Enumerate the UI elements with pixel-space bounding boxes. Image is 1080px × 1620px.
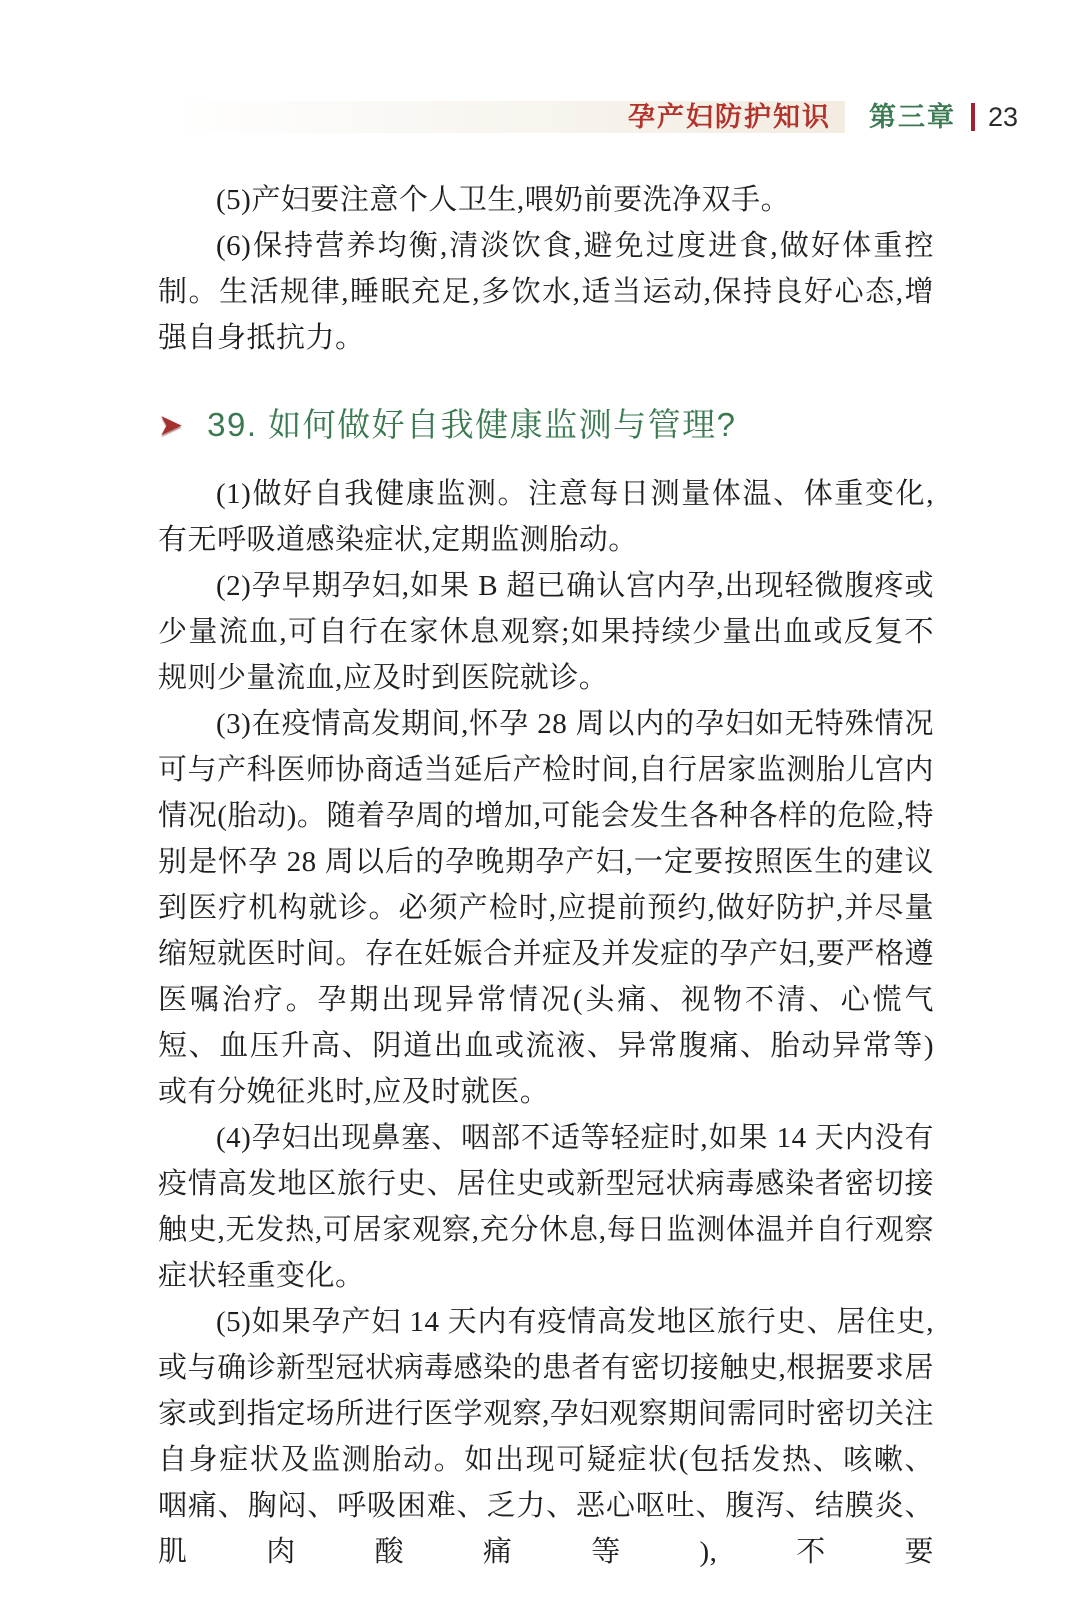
section-paragraph-1: (1)做好自我健康监测。注意每日测量体温、体重变化,有无呼吸道感染症状,定期监测…	[158, 471, 934, 563]
book-page: 孕产妇防护知识 第三章 23 (5)产妇要注意个人卫生,喂奶前要洗净双手。 (6…	[0, 0, 1080, 1620]
page-number: 23	[988, 104, 1018, 131]
section-paragraph-4: (4)孕妇出现鼻塞、咽部不适等轻症时,如果 14 天内没有疫情高发地区旅行史、居…	[158, 1115, 934, 1299]
header-running-title: 孕产妇防护知识	[628, 104, 831, 131]
intro-paragraph-5: (5)产妇要注意个人卫生,喂奶前要洗净双手。	[158, 177, 934, 223]
header-chapter-label: 第三章	[869, 104, 956, 131]
page-header: 孕产妇防护知识 第三章 23	[0, 100, 1080, 134]
header-band: 孕产妇防护知识	[185, 101, 845, 133]
page-content: (5)产妇要注意个人卫生,喂奶前要洗净双手。 (6)保持营养均衡,清淡饮食,避免…	[158, 177, 934, 1575]
section-heading: ➤ 39. 如何做好自我健康监测与管理?	[158, 401, 934, 449]
arrow-bullet-icon: ➤	[158, 411, 183, 441]
header-divider-bar	[971, 103, 975, 131]
section-paragraph-5: (5)如果孕产妇 14 天内有疫情高发地区旅行史、居住史,或与确诊新型冠状病毒感…	[158, 1299, 934, 1575]
section-paragraph-3: (3)在疫情高发期间,怀孕 28 周以内的孕妇如无特殊情况可与产科医师协商适当延…	[158, 701, 934, 1115]
section-paragraph-2: (2)孕早期孕妇,如果 B 超已确认宫内孕,出现轻微腹疼或少量流血,可自行在家休…	[158, 563, 934, 701]
intro-paragraph-6: (6)保持营养均衡,清淡饮食,避免过度进食,做好体重控制。生活规律,睡眠充足,多…	[158, 223, 934, 361]
section-title: 39. 如何做好自我健康监测与管理?	[207, 401, 736, 449]
